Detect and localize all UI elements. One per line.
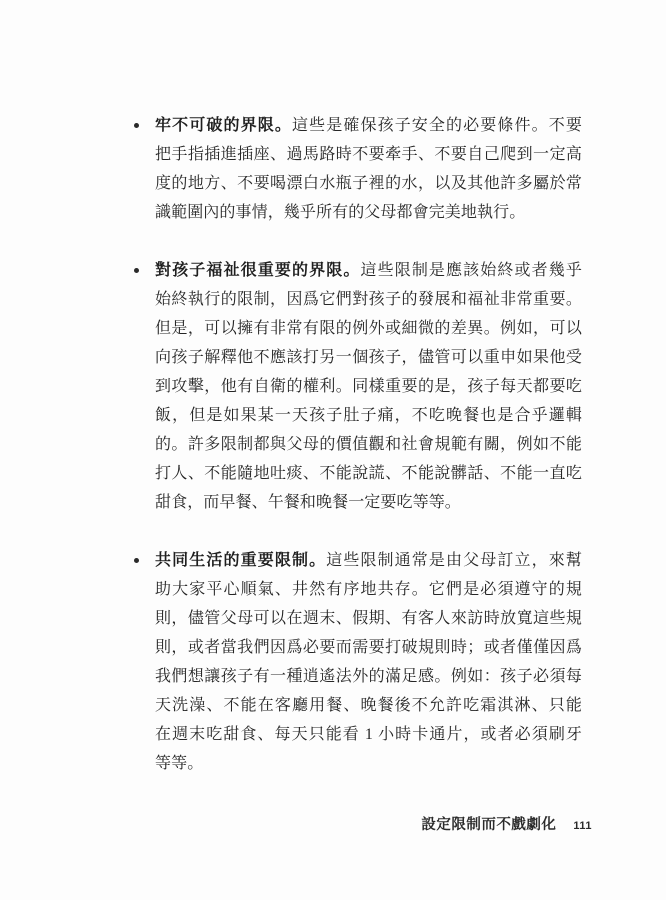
bullet-heading: 共同生活的重要限制。 <box>155 552 326 569</box>
body-text: 牢不可破的界限。這些是確保孩子安全的必要條件。不要 把手指插進插座、過馬路時不要… <box>155 111 582 778</box>
text-line: 我們想讓孩子有一種逍遙法外的滿足感。例如：孩子必須每 <box>155 662 582 691</box>
page-number: 111 <box>573 820 592 832</box>
text-line: 在週末吃甜食、每天只能看 1 小時卡通片，或者必須刷牙 <box>155 720 582 749</box>
bullet-item-unbreakable-limits: 牢不可破的界限。這些是確保孩子安全的必要條件。不要 把手指插進插座、過馬路時不要… <box>155 111 582 227</box>
text-line: 把手指插進插座、過馬路時不要牽手、不要自己爬到一定高 <box>155 140 582 169</box>
text-line: 飯，但是如果某一天孩子肚子痛，不吃晚餐也是合乎邏輯 <box>155 401 582 430</box>
text-line: 甜食，而早餐、午餐和晚餐一定要吃等等。 <box>155 488 582 517</box>
text-line: 對孩子福祉很重要的界限。這些限制是應該始終或者幾乎 <box>155 256 582 285</box>
bullet-heading: 對孩子福祉很重要的界限。 <box>155 262 360 279</box>
text-line: 天洗澡、不能在客廳用餐、晚餐後不允許吃霜淇淋、只能 <box>155 691 582 720</box>
bullet-dot-icon <box>134 558 139 563</box>
text-line: 但是，可以擁有非常有限的例外或細微的差異。例如，可以 <box>155 314 582 343</box>
text-line: 到攻擊，他有自衛的權利。同樣重要的是，孩子每天都要吃 <box>155 372 582 401</box>
text-line-rest: 這些限制通常是由父母訂立，來幫 <box>326 552 582 569</box>
bullet-item-welfare-limits: 對孩子福祉很重要的界限。這些限制是應該始終或者幾乎 始終執行的限制，因爲它們對孩… <box>155 256 582 517</box>
text-line: 助大家平心順氣、井然有序地共存。它們是必須遵守的規 <box>155 575 582 604</box>
text-line: 始終執行的限制，因爲它們對孩子的發展和福祉非常重要。 <box>155 285 582 314</box>
text-line: 的。許多限制都與父母的價值觀和社會規範有關，例如不能 <box>155 430 582 459</box>
text-line: 打人、不能隨地吐痰、不能說謊、不能說髒話、不能一直吃 <box>155 459 582 488</box>
bullet-heading: 牢不可破的界限。 <box>155 117 292 134</box>
text-line-rest: 這些限制是應該始終或者幾乎 <box>360 262 582 279</box>
running-footer: 設定限制而不戲劇化 111 <box>421 813 592 834</box>
text-line: 識範圍內的事情，幾乎所有的父母都會完美地執行。 <box>155 198 582 227</box>
text-line: 牢不可破的界限。這些是確保孩子安全的必要條件。不要 <box>155 111 582 140</box>
text-line-rest: 這些是確保孩子安全的必要條件。不要 <box>292 117 582 134</box>
text-line: 等等。 <box>155 749 582 778</box>
text-line: 共同生活的重要限制。這些限制通常是由父母訂立，來幫 <box>155 546 582 575</box>
text-line: 向孩子解釋他不應該打另一個孩子，儘管可以重申如果他受 <box>155 343 582 372</box>
text-line: 度的地方、不要喝漂白水瓶子裡的水，以及其他許多屬於常 <box>155 169 582 198</box>
chapter-title: 設定限制而不戲劇化 <box>421 813 556 834</box>
text-line: 則，或者當我們因爲必要而需要打破規則時；或者僅僅因爲 <box>155 633 582 662</box>
book-page: 牢不可破的界限。這些是確保孩子安全的必要條件。不要 把手指插進插座、過馬路時不要… <box>0 0 666 900</box>
bullet-dot-icon <box>134 268 139 273</box>
bullet-dot-icon <box>134 123 139 128</box>
text-line: 則，儘管父母可以在週末、假期、有客人來訪時放寬這些規 <box>155 604 582 633</box>
bullet-item-coexistence-limits: 共同生活的重要限制。這些限制通常是由父母訂立，來幫 助大家平心順氣、井然有序地共… <box>155 546 582 778</box>
